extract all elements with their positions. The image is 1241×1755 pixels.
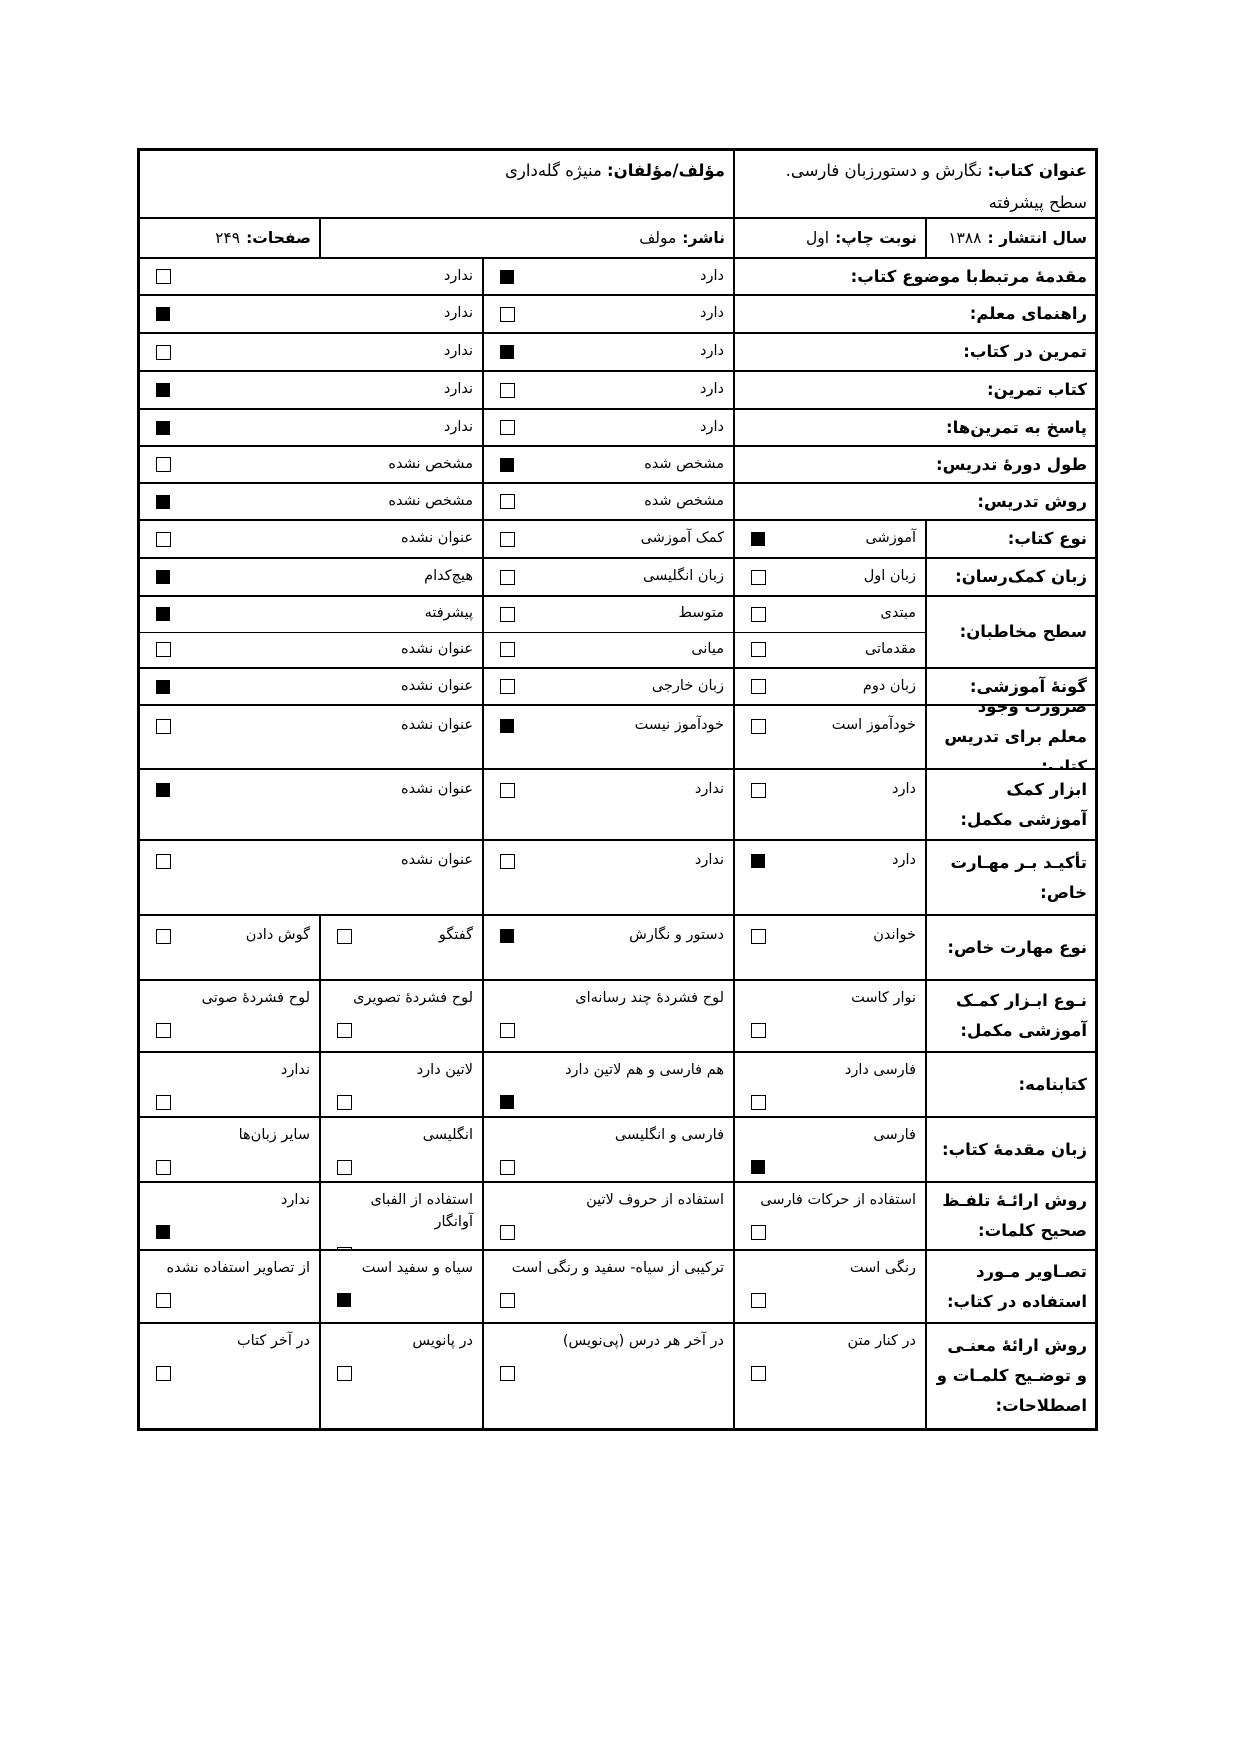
checkbox-unchecked[interactable] — [337, 1023, 352, 1038]
option-cell: گفتگو — [319, 916, 482, 979]
option-label: در پانویس — [337, 1331, 473, 1353]
option-cell: هیچ‌کدام — [140, 559, 482, 595]
option-cell: ترکیبی از سیاه- سفید و رنگی است — [482, 1251, 733, 1322]
year-value: ۱۳۸۸ — [948, 229, 981, 247]
form-row: کتابنامه:فارسی داردهم فارسی و هم لاتین د… — [140, 1053, 1095, 1118]
checkbox-unchecked[interactable] — [156, 642, 171, 657]
option-cell: نوار کاست — [733, 981, 925, 1051]
option-label: ندارد — [444, 266, 473, 288]
checkbox-unchecked[interactable] — [337, 1160, 352, 1175]
checkbox-unchecked[interactable] — [751, 679, 766, 694]
option-label: مشخص شده — [644, 491, 724, 513]
option-cell: مشخص شده — [482, 447, 733, 482]
option-cell: خواندن — [733, 916, 925, 979]
option-label: در آخر کتاب — [156, 1331, 310, 1353]
form-row: نـوع ابـزار کمـک آموزشی مکمل:نوار کاستلو… — [140, 981, 1095, 1053]
option-label: عنوان نشده — [401, 715, 473, 737]
checkbox-checked[interactable] — [500, 458, 514, 472]
option-label: مقدماتی — [865, 639, 916, 661]
option-label: دارد — [700, 417, 724, 439]
checkbox-unchecked[interactable] — [337, 929, 352, 944]
checkbox-checked[interactable] — [156, 495, 170, 509]
publisher-value: مولف — [639, 229, 676, 247]
option-label: زبان خارجی — [652, 676, 724, 698]
option-cell: ندارد — [140, 410, 482, 445]
option-label: زبان اول — [864, 566, 916, 588]
checkbox-checked[interactable] — [500, 270, 514, 284]
field-label: تمرین در کتاب: — [733, 334, 1095, 370]
option-cell: رنگی است — [733, 1251, 925, 1322]
option-cell: دارد — [482, 259, 733, 294]
field-label: نـوع ابـزار کمـک آموزشی مکمل: — [925, 981, 1095, 1051]
checkbox-unchecked[interactable] — [500, 1160, 515, 1175]
option-label: مشخص شده — [644, 454, 724, 476]
edition-value: اول — [806, 229, 829, 247]
form-row: نوع کتاب:آموزشیکمک آموزشیعنوان نشده — [140, 521, 1095, 559]
option-label: فارسی و انگلیسی — [500, 1125, 724, 1147]
checkbox-unchecked[interactable] — [337, 1366, 352, 1381]
option-cell: در کنار متن — [733, 1324, 925, 1428]
form-row: سطح مخاطبان:مبتدیمتوسطپیشرفتهمقدماتیمیان… — [140, 597, 1095, 669]
option-cell: عنوان نشده — [140, 706, 482, 768]
field-label: پاسخ به تمرین‌ها: — [733, 410, 1095, 445]
checkbox-checked[interactable] — [751, 854, 765, 868]
option-cell: ندارد — [140, 296, 482, 332]
checkbox-unchecked[interactable] — [156, 854, 171, 869]
pages-value: ۲۴۹ — [215, 229, 240, 247]
option-label: لوح فشردهٔ تصویری — [337, 988, 473, 1010]
option-cell: کمک آموزشی — [482, 521, 733, 557]
option-label: فارسی دارد — [751, 1060, 916, 1082]
form-row: کتاب تمرین:داردندارد — [140, 372, 1095, 410]
option-cell: متوسط — [482, 597, 733, 632]
option-label: سایر زبان‌ها — [156, 1125, 310, 1147]
option-cell: مقدماتی — [733, 633, 925, 668]
checkbox-unchecked[interactable] — [156, 457, 171, 472]
pages-cell: صفحات: ۲۴۹ — [140, 219, 319, 257]
form-row: ضرورت وجود معلم برای تدریس کتاب:خودآموز … — [140, 706, 1095, 770]
checkbox-unchecked[interactable] — [751, 642, 766, 657]
option-label: آموزشی — [865, 528, 916, 550]
option-cell: آموزشی — [733, 521, 925, 557]
checkbox-unchecked[interactable] — [500, 383, 515, 398]
checkbox-checked[interactable] — [500, 345, 514, 359]
option-label: گفتگو — [439, 925, 473, 947]
option-cell: ندارد — [140, 1183, 319, 1249]
option-label: دارد — [892, 779, 916, 801]
form-row: ابزار کمک آموزشی مکمل:داردنداردعنوان نشد… — [140, 770, 1095, 841]
form-row: تصـاویر مـورد استفاده در کتاب:رنگی استتر… — [140, 1251, 1095, 1324]
checkbox-unchecked[interactable] — [156, 1023, 171, 1038]
form-row: طول دورهٔ تدریس:مشخص شدهمشخص نشده — [140, 447, 1095, 484]
option-label: ندارد — [695, 779, 724, 801]
option-cell: عنوان نشده — [140, 841, 482, 914]
option-label: از تصاویر استفاده نشده — [156, 1258, 310, 1280]
publication-year-cell: سال انتشار : ۱۳۸۸ — [925, 219, 1095, 257]
field-label: طول دورهٔ تدریس: — [733, 447, 1095, 482]
option-cell: عنوان نشده — [140, 521, 482, 557]
option-label: لاتین دارد — [337, 1060, 473, 1082]
option-cell: دارد — [482, 334, 733, 370]
option-label: دارد — [892, 850, 916, 872]
option-cell: عنوان نشده — [140, 770, 482, 839]
checkbox-checked[interactable] — [156, 783, 170, 797]
option-label: متوسط — [678, 603, 724, 625]
checkbox-unchecked[interactable] — [156, 929, 171, 944]
option-cell: هم فارسی و هم لاتین دارد — [482, 1053, 733, 1116]
checkbox-unchecked[interactable] — [156, 532, 171, 547]
option-cell: سایر زبان‌ها — [140, 1118, 319, 1181]
edition-cell: نوبت چاپ: اول — [733, 219, 925, 257]
checkbox-checked[interactable] — [156, 421, 170, 435]
form-row: راهنمای معلم:داردندارد — [140, 296, 1095, 334]
form-row: روش ارائـهٔ تلفـظ صحیح کلمات:استفاده از … — [140, 1183, 1095, 1251]
book-info-table: عنوان کتاب: نگارش و دستورزبان فارسی. سطح… — [137, 148, 1098, 1431]
field-label: نوع مهارت خاص: — [925, 916, 1095, 979]
edition-label: نوبت چاپ: — [835, 229, 917, 247]
option-label: عنوان نشده — [401, 639, 473, 661]
option-cell: ندارد — [482, 770, 733, 839]
option-label: دستور و نگارش — [629, 925, 724, 947]
option-label: میانی — [691, 639, 724, 661]
book-title-label: عنوان کتاب: — [987, 161, 1087, 180]
field-label: تأکیـد بـر مهـارت خاص: — [925, 841, 1095, 914]
checkbox-unchecked[interactable] — [751, 570, 766, 585]
option-label: استفاده از حرکات فارسی — [751, 1190, 916, 1212]
author-label: مؤلف/مؤلفان: — [607, 161, 725, 180]
form-row: تأکیـد بـر مهـارت خاص:داردنداردعنوان نشد… — [140, 841, 1095, 916]
option-label: ندارد — [444, 341, 473, 363]
option-cell: عنوان نشده — [140, 633, 482, 668]
checkbox-checked[interactable] — [156, 680, 170, 694]
document-page: عنوان کتاب: نگارش و دستورزبان فارسی. سطح… — [0, 0, 1241, 1755]
form-row: تمرین در کتاب:داردندارد — [140, 334, 1095, 372]
field-label: روش تدریس: — [733, 484, 1095, 519]
checkbox-unchecked[interactable] — [500, 420, 515, 435]
year-label: سال انتشار : — [988, 229, 1087, 247]
option-cell: استفاده از حروف لاتین — [482, 1183, 733, 1249]
form-row: پاسخ به تمرین‌ها:داردندارد — [140, 410, 1095, 447]
option-cell: خودآموز است — [733, 706, 925, 768]
option-cell: میانی — [482, 633, 733, 668]
checkbox-unchecked[interactable] — [500, 607, 515, 622]
pages-label: صفحات: — [246, 229, 311, 247]
option-cell: ندارد — [140, 259, 482, 294]
checkbox-unchecked[interactable] — [156, 1095, 171, 1110]
checkbox-unchecked[interactable] — [500, 570, 515, 585]
form-row: گونهٔ آموزشی:زبان دومزبان خارجیعنوان نشد… — [140, 669, 1095, 706]
option-cell: دستور و نگارش — [482, 916, 733, 979]
option-cell: خودآموز نیست — [482, 706, 733, 768]
field-label: روش ارائهٔ معنـی و توضـیح کلمـات و اصطلا… — [925, 1324, 1095, 1428]
field-label: تصـاویر مـورد استفاده در کتاب: — [925, 1251, 1095, 1322]
option-label: گوش دادن — [246, 925, 310, 947]
option-cell: مشخص شده — [482, 484, 733, 519]
option-label: در آخر هر درس (پی‌نویس) — [500, 1331, 724, 1353]
checkbox-unchecked[interactable] — [751, 1095, 766, 1110]
option-label: سیاه و سفید است — [337, 1258, 473, 1280]
option-label: خواندن — [873, 925, 916, 947]
checkbox-unchecked[interactable] — [500, 1023, 515, 1038]
checkbox-checked[interactable] — [337, 1293, 351, 1307]
checkbox-unchecked[interactable] — [156, 1293, 171, 1308]
option-label: عنوان نشده — [401, 850, 473, 872]
form-subrow: مبتدیمتوسطپیشرفته — [140, 597, 925, 633]
option-label: لوح فشردهٔ چند رسانه‌ای — [500, 988, 724, 1010]
option-cell: فارسی — [733, 1118, 925, 1181]
form-row: روش تدریس:مشخص شدهمشخص نشده — [140, 484, 1095, 521]
checkbox-unchecked[interactable] — [751, 719, 766, 734]
option-label: ندارد — [444, 379, 473, 401]
checkbox-unchecked[interactable] — [500, 679, 515, 694]
option-cell: در آخر هر درس (پی‌نویس) — [482, 1324, 733, 1428]
option-cell: فارسی و انگلیسی — [482, 1118, 733, 1181]
option-cell: لاتین دارد — [319, 1053, 482, 1116]
option-label: رنگی است — [751, 1258, 916, 1280]
option-cell: در پانویس — [319, 1324, 482, 1428]
checkbox-unchecked[interactable] — [751, 929, 766, 944]
checkbox-checked[interactable] — [156, 607, 170, 621]
option-cell: زبان انگلیسی — [482, 559, 733, 595]
option-label: استفاده از حروف لاتین — [500, 1190, 724, 1212]
option-label: خودآموز است — [832, 715, 916, 737]
option-label: فارسی — [751, 1125, 916, 1147]
option-cell: دارد — [482, 296, 733, 332]
author-cell: مؤلف/مؤلفان: منیژه گله‌داری — [140, 151, 733, 217]
option-cell: زبان دوم — [733, 669, 925, 704]
option-cell: استفاده از الفبای آوانگار — [319, 1183, 482, 1249]
option-label: ندارد — [156, 1060, 310, 1082]
option-label: زبان دوم — [863, 676, 916, 698]
field-label: ضرورت وجود معلم برای تدریس کتاب: — [925, 706, 1095, 768]
option-cell: ندارد — [140, 372, 482, 408]
option-label: استفاده از الفبای آوانگار — [337, 1190, 473, 1234]
option-label: ندارد — [695, 850, 724, 872]
field-label: گونهٔ آموزشی: — [925, 669, 1095, 704]
option-label: ندارد — [444, 303, 473, 325]
option-label: زبان انگلیسی — [643, 566, 724, 588]
checkbox-unchecked[interactable] — [751, 1023, 766, 1038]
option-label: کمک آموزشی — [641, 528, 724, 550]
option-cell: لوح فشردهٔ تصویری — [319, 981, 482, 1051]
option-cell: ندارد — [482, 841, 733, 914]
option-label: دارد — [700, 341, 724, 363]
checkbox-checked[interactable] — [751, 532, 765, 546]
option-label: هیچ‌کدام — [424, 566, 473, 588]
checkbox-unchecked[interactable] — [751, 1225, 766, 1240]
checkbox-unchecked[interactable] — [337, 1095, 352, 1110]
option-label: لوح فشردهٔ صوتی — [156, 988, 310, 1010]
option-label: دارد — [700, 303, 724, 325]
option-cell: دارد — [733, 770, 925, 839]
option-label: عنوان نشده — [401, 676, 473, 698]
field-label: روش ارائـهٔ تلفـظ صحیح کلمات: — [925, 1183, 1095, 1249]
checkbox-unchecked[interactable] — [751, 1366, 766, 1381]
form-row: نوع مهارت خاص:خواندندستور و نگارشگفتگوگو… — [140, 916, 1095, 981]
checkbox-unchecked[interactable] — [156, 719, 171, 734]
field-label: مقدمهٔ مرتبط‌با موضوع کتاب: — [733, 259, 1095, 294]
option-cell: دارد — [482, 372, 733, 408]
option-cell: لوح فشردهٔ صوتی — [140, 981, 319, 1051]
option-label: انگلیسی — [337, 1125, 473, 1147]
checkbox-unchecked[interactable] — [500, 494, 515, 509]
field-label: راهنمای معلم: — [733, 296, 1095, 332]
field-label: نوع کتاب: — [925, 521, 1095, 557]
option-cell: در آخر کتاب — [140, 1324, 319, 1428]
audience-level-grid: مبتدیمتوسطپیشرفتهمقدماتیمیانیعنوان نشده — [140, 597, 925, 667]
form-row: زبان کمک‌رسان:زبان اولزبان انگلیسیهیچ‌کد… — [140, 559, 1095, 597]
checkbox-checked[interactable] — [500, 719, 514, 733]
option-cell: عنوان نشده — [140, 669, 482, 704]
option-cell: فارسی دارد — [733, 1053, 925, 1116]
option-label: ندارد — [444, 417, 473, 439]
option-cell: مبتدی — [733, 597, 925, 632]
publication-meta-row: سال انتشار : ۱۳۸۸ نوبت چاپ: اول ناشر: مو… — [140, 219, 1095, 259]
form-row: روش ارائهٔ معنـی و توضـیح کلمـات و اصطلا… — [140, 1324, 1095, 1428]
option-label: خودآموز نیست — [635, 715, 724, 737]
option-cell: زبان خارجی — [482, 669, 733, 704]
checkbox-unchecked[interactable] — [500, 1293, 515, 1308]
option-cell: استفاده از حرکات فارسی — [733, 1183, 925, 1249]
option-cell: مشخص نشده — [140, 484, 482, 519]
checkbox-unchecked[interactable] — [500, 854, 515, 869]
checkbox-checked[interactable] — [500, 1095, 514, 1109]
checkbox-unchecked[interactable] — [500, 307, 515, 322]
option-label: عنوان نشده — [401, 779, 473, 801]
option-label: دارد — [700, 266, 724, 288]
field-label: سطح مخاطبان: — [925, 597, 1095, 667]
field-label: ابزار کمک آموزشی مکمل: — [925, 770, 1095, 839]
title-author-row: عنوان کتاب: نگارش و دستورزبان فارسی. سطح… — [140, 151, 1095, 219]
field-label: زبان مقدمهٔ کتاب: — [925, 1118, 1095, 1181]
checkbox-checked[interactable] — [500, 929, 514, 943]
field-label: زبان کمک‌رسان: — [925, 559, 1095, 595]
checkbox-unchecked[interactable] — [156, 1366, 171, 1381]
checkbox-unchecked[interactable] — [751, 1293, 766, 1308]
option-label: نوار کاست — [751, 988, 916, 1010]
checkbox-checked[interactable] — [156, 383, 170, 397]
option-label: مبتدی — [881, 603, 916, 625]
book-title-cell: عنوان کتاب: نگارش و دستورزبان فارسی. سطح… — [733, 151, 1095, 217]
option-label: ندارد — [156, 1190, 310, 1212]
option-cell: ندارد — [140, 1053, 319, 1116]
form-row: مقدمهٔ مرتبط‌با موضوع کتاب:داردندارد — [140, 259, 1095, 296]
checkbox-unchecked[interactable] — [337, 1247, 352, 1250]
option-cell: ندارد — [140, 334, 482, 370]
field-label: کتابنامه: — [925, 1053, 1095, 1116]
option-cell: دارد — [733, 841, 925, 914]
option-label: در کنار متن — [751, 1331, 916, 1353]
option-cell: گوش دادن — [140, 916, 319, 979]
checkbox-unchecked[interactable] — [156, 345, 171, 360]
checkbox-unchecked[interactable] — [500, 642, 515, 657]
option-label: دارد — [700, 379, 724, 401]
checkbox-checked[interactable] — [751, 1160, 765, 1174]
option-cell: انگلیسی — [319, 1118, 482, 1181]
field-label: کتاب تمرین: — [733, 372, 1095, 408]
checkbox-checked[interactable] — [156, 570, 170, 584]
checkbox-unchecked[interactable] — [500, 532, 515, 547]
checkbox-unchecked[interactable] — [500, 783, 515, 798]
option-cell: از تصاویر استفاده نشده — [140, 1251, 319, 1322]
publisher-cell: ناشر: مولف — [319, 219, 733, 257]
option-cell: دارد — [482, 410, 733, 445]
checkbox-unchecked[interactable] — [751, 607, 766, 622]
option-label: مشخص نشده — [388, 491, 473, 513]
option-cell: زبان اول — [733, 559, 925, 595]
checkbox-unchecked[interactable] — [156, 269, 171, 284]
form-subrow: مقدماتیمیانیعنوان نشده — [140, 633, 925, 668]
form-row: زبان مقدمهٔ کتاب:فارسیفارسی و انگلیسیانگ… — [140, 1118, 1095, 1183]
option-label: پیشرفته — [425, 603, 473, 625]
checkbox-unchecked[interactable] — [751, 783, 766, 798]
checkbox-unchecked[interactable] — [500, 1225, 515, 1240]
option-cell: پیشرفته — [140, 597, 482, 632]
checkbox-unchecked[interactable] — [156, 1160, 171, 1175]
option-label: ترکیبی از سیاه- سفید و رنگی است — [500, 1258, 724, 1280]
author-value: منیژه گله‌داری — [505, 161, 602, 180]
checkbox-unchecked[interactable] — [500, 1366, 515, 1381]
checkbox-checked[interactable] — [156, 1225, 170, 1239]
publisher-label: ناشر: — [682, 229, 725, 247]
option-cell: مشخص نشده — [140, 447, 482, 482]
option-cell: لوح فشردهٔ چند رسانه‌ای — [482, 981, 733, 1051]
option-label: هم فارسی و هم لاتین دارد — [500, 1060, 724, 1082]
option-label: مشخص نشده — [388, 454, 473, 476]
checkbox-checked[interactable] — [156, 307, 170, 321]
option-cell: سیاه و سفید است — [319, 1251, 482, 1322]
option-label: عنوان نشده — [401, 528, 473, 550]
